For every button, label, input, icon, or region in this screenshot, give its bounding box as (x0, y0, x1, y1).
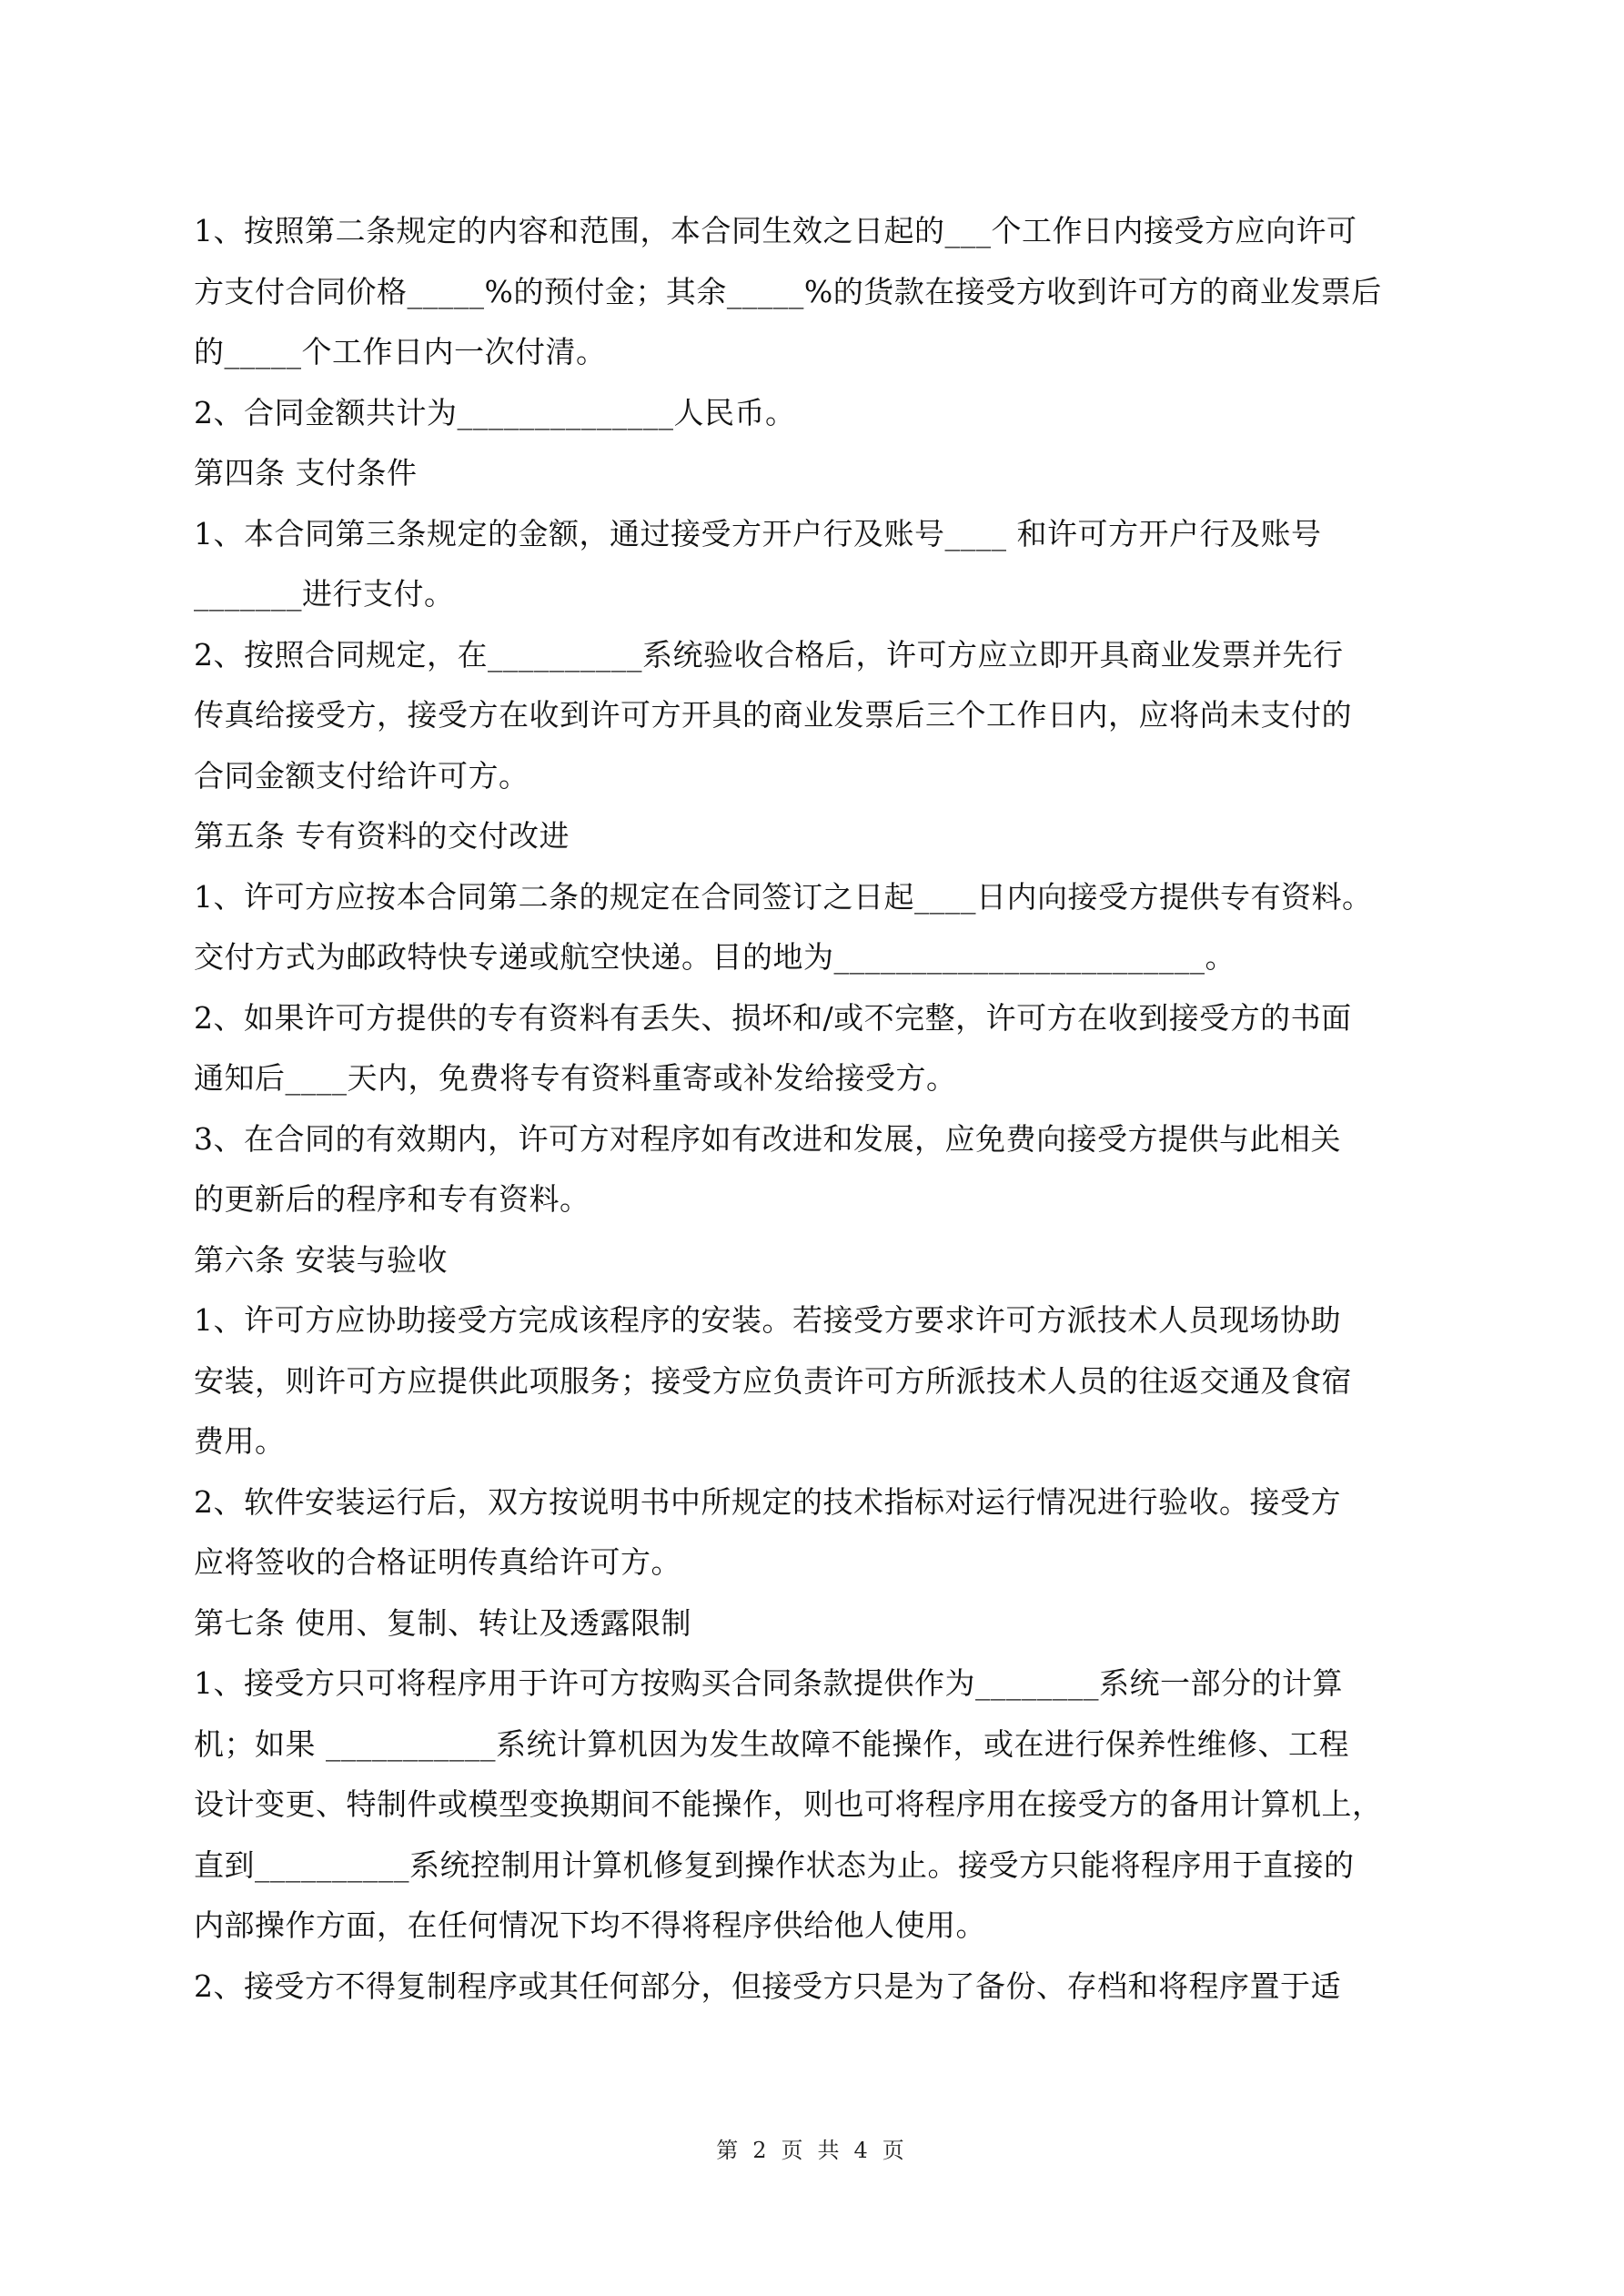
paragraph-line: _______进行支付。 (194, 564, 1435, 625)
paragraph-line: 直到__________系统控制用计算机修复到操作状态为止。接受方只能将程序用于… (194, 1836, 1435, 1896)
fill-in-blank: _____ (225, 334, 302, 369)
fill-in-blank: ____ (914, 879, 976, 915)
paragraph-line: 2、如果许可方提供的专有资料有丢失、损坏和/或不完整，许可方在收到接受方的书面 (194, 988, 1435, 1049)
text-segment: 2、接受方不得复制程序或其任何部分，但接受方只是为了备份、存档和将程序置于适 (194, 1968, 1341, 2004)
fill-in-blank: _______ (194, 576, 302, 612)
text-segment: 的更新后的程序和专有资料。 (194, 1181, 590, 1217)
paragraph-line: 合同金额支付给许可方。 (194, 746, 1435, 807)
paragraph-line: 的更新后的程序和专有资料。 (194, 1169, 1435, 1230)
paragraph-line: 通知后____天内，免费将专有资料重寄或补发给接受方。 (194, 1048, 1435, 1109)
fill-in-blank: ________ (975, 1665, 1099, 1701)
text-segment: 第七条 使用、复制、转让及透露限制 (194, 1605, 691, 1641)
paragraph-line: 安装，则许可方应提供此项服务；接受方应负责许可方所派技术人员的往返交通及食宿 (194, 1351, 1435, 1412)
text-segment: 2、按照合同规定，在 (194, 637, 488, 673)
text-segment: 传真给接受方，接受方在收到许可方开具的商业发票后三个工作日内，应将尚未支付的 (194, 697, 1352, 733)
text-segment: 设计变更、特制件或模型变换期间不能操作，则也可将程序用在接受方的备用计算机上， (194, 1786, 1383, 1822)
fill-in-blank: ______________ (458, 395, 674, 430)
paragraph-line: 设计变更、特制件或模型变换期间不能操作，则也可将程序用在接受方的备用计算机上， (194, 1775, 1435, 1836)
section-heading: 第六条 安装与验收 (194, 1230, 1435, 1291)
fill-in-blank: __________ (255, 1847, 409, 1883)
fill-in-blank: _____ (408, 274, 485, 309)
document-body: 1、按照第二条规定的内容和范围，本合同生效之日起的___个工作日内接受方应向许可… (194, 201, 1435, 2017)
text-segment: 费用。 (194, 1423, 286, 1459)
text-segment: 交付方式为邮政特快专递或航空快递。目的地为 (194, 939, 834, 975)
paragraph-line: 2、软件安装运行后，双方按说明书中所规定的技术指标对运行情况进行验收。接受方 (194, 1472, 1435, 1533)
text-segment: 系统控制用计算机修复到操作状态为止。接受方只能将程序用于直接的 (409, 1847, 1355, 1883)
text-segment: 人民币。 (674, 395, 796, 430)
paragraph-line: 机；如果 ___________系统计算机因为发生故障不能操作，或在进行保养性维… (194, 1714, 1435, 1775)
text-segment: 方支付合同价格 (194, 274, 408, 309)
text-segment: 进行支付。 (302, 576, 455, 612)
text-segment: 1、许可方应按本合同第二条的规定在合同签订之日起 (194, 879, 914, 915)
text-segment: 1、许可方应协助接受方完成该程序的安装。若接受方要求许可方派技术人员现场协助 (194, 1302, 1341, 1338)
text-segment: 通知后 (194, 1060, 286, 1096)
footer-total-label: 共 (818, 2138, 843, 2163)
text-segment: 日内向接受方提供专有资料。 (976, 879, 1373, 915)
footer-prefix: 第 (716, 2138, 741, 2163)
paragraph-line: 2、合同金额共计为______________人民币。 (194, 383, 1435, 444)
fill-in-blank: ____ (286, 1060, 348, 1096)
text-segment: 1、按照第二条规定的内容和范围，本合同生效之日起的 (194, 213, 945, 248)
paragraph-line: 1、按照第二条规定的内容和范围，本合同生效之日起的___个工作日内接受方应向许可 (194, 201, 1435, 262)
text-segment: 的 (194, 334, 225, 369)
section-heading: 第五条 专有资料的交付改进 (194, 806, 1435, 867)
text-segment: 第五条 专有资料的交付改进 (194, 818, 570, 854)
fill-in-blank: __________ (488, 637, 642, 673)
paragraph-line: 费用。 (194, 1411, 1435, 1472)
text-segment: 天内，免费将专有资料重寄或补发给接受方。 (348, 1060, 957, 1096)
paragraph-line: 传真给接受方，接受方在收到许可方开具的商业发票后三个工作日内，应将尚未支付的 (194, 685, 1435, 746)
text-segment: 系统验收合格后，许可方应立即开具商业发票并先行 (642, 637, 1344, 673)
text-segment: 个工作日内一次付清。 (302, 334, 607, 369)
fill-in-blank: ___________ (326, 1726, 496, 1762)
paragraph-line: 的_____个工作日内一次付清。 (194, 322, 1435, 383)
paragraph-line: 应将签收的合格证明传真给许可方。 (194, 1532, 1435, 1593)
text-segment: 2、合同金额共计为 (194, 395, 458, 430)
paragraph-line: 1、接受方只可将程序用于许可方按购买合同条款提供作为________系统一部分的… (194, 1654, 1435, 1714)
text-segment: 机；如果 (194, 1726, 326, 1762)
paragraph-line: 2、按照合同规定，在__________系统验收合格后，许可方应立即开具商业发票… (194, 625, 1435, 686)
fill-in-blank: ___ (945, 213, 992, 248)
paragraph-line: 3、在合同的有效期内，许可方对程序如有改进和发展，应免费向接受方提供与此相关 (194, 1109, 1435, 1170)
text-segment: 1、本合同第三条规定的金额，通过接受方开户行及账号 (194, 516, 945, 551)
text-segment: 。 (1205, 939, 1236, 975)
text-segment: 2、如果许可方提供的专有资料有丢失、损坏和/或不完整，许可方在收到接受方的书面 (194, 1000, 1352, 1036)
footer-page-unit: 页 (782, 2138, 807, 2163)
text-segment: 3、在合同的有效期内，许可方对程序如有改进和发展，应免费向接受方提供与此相关 (194, 1121, 1341, 1157)
fill-in-blank: ________________________ (834, 939, 1205, 975)
text-segment: 第四条 支付条件 (194, 455, 418, 491)
text-segment: 2、软件安装运行后，双方按说明书中所规定的技术指标对运行情况进行验收。接受方 (194, 1484, 1341, 1520)
paragraph-line: 1、许可方应协助接受方完成该程序的安装。若接受方要求许可方派技术人员现场协助 (194, 1290, 1435, 1351)
section-heading: 第七条 使用、复制、转让及透露限制 (194, 1593, 1435, 1654)
text-segment: 第六条 安装与验收 (194, 1242, 448, 1278)
current-page-number: 2 (752, 2138, 770, 2163)
paragraph-line: 2、接受方不得复制程序或其任何部分，但接受方只是为了备份、存档和将程序置于适 (194, 1957, 1435, 2018)
text-segment: %的预付金；其余 (485, 274, 727, 309)
page-footer: 第2页共4页 (0, 2132, 1624, 2164)
footer-suffix: 页 (883, 2138, 908, 2163)
text-segment: 1、接受方只可将程序用于许可方按购买合同条款提供作为 (194, 1665, 975, 1701)
text-segment: 系统计算机因为发生故障不能操作，或在进行保养性维修、工程 (496, 1726, 1349, 1762)
paragraph-line: 方支付合同价格_____%的预付金；其余_____%的货款在接受方收到许可方的商… (194, 262, 1435, 323)
paragraph-line: 1、许可方应按本合同第二条的规定在合同签订之日起____日内向接受方提供专有资料… (194, 867, 1435, 928)
text-segment: 合同金额支付给许可方。 (194, 758, 530, 794)
text-segment: 内部操作方面，在任何情况下均不得将程序供给他人使用。 (194, 1907, 986, 1943)
text-segment: 安装，则许可方应提供此项服务；接受方应负责许可方所派技术人员的往返交通及食宿 (194, 1363, 1352, 1399)
section-heading: 第四条 支付条件 (194, 443, 1435, 504)
text-segment: 应将签收的合格证明传真给许可方。 (194, 1544, 681, 1580)
text-segment: 个工作日内接受方应向许可 (992, 213, 1357, 248)
text-segment: 系统一部分的计算 (1099, 1665, 1343, 1701)
text-segment: %的货款在接受方收到许可方的商业发票后 (804, 274, 1382, 309)
text-segment: 和许可方开户行及账号 (1007, 516, 1322, 551)
fill-in-blank: _____ (727, 274, 804, 309)
paragraph-line: 交付方式为邮政特快专递或航空快递。目的地为___________________… (194, 927, 1435, 988)
text-segment: 直到 (194, 1847, 255, 1883)
paragraph-line: 内部操作方面，在任何情况下均不得将程序供给他人使用。 (194, 1896, 1435, 1957)
paragraph-line: 1、本合同第三条规定的金额，通过接受方开户行及账号____ 和许可方开户行及账号 (194, 504, 1435, 565)
fill-in-blank: ____ (945, 516, 1007, 551)
total-page-count: 4 (854, 2138, 872, 2163)
